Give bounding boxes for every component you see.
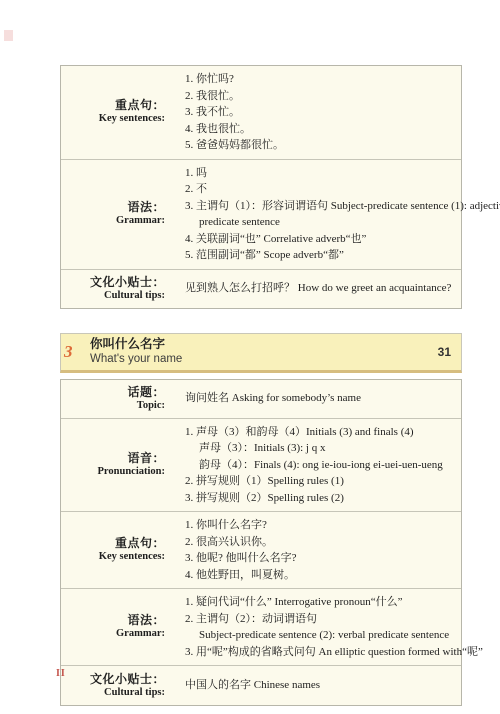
- content-line: 3. 拼写规则（2）Spelling rules (2): [185, 490, 457, 507]
- table-row-grammar: 语法： Grammar: 1. 吗 2. 不 3. 主谓句（1）：形容词谓语句 …: [61, 160, 461, 270]
- row-label-zh: 重点句：: [61, 98, 165, 112]
- content-line: 4. 关联副词“也” Correlative adverb“也”: [185, 231, 500, 248]
- content-line: Subject-predicate sentence (2): verbal p…: [185, 627, 483, 644]
- table-row-key-sentences: 重点句： Key sentences: 1. 你忙吗? 2. 我很忙。 3. 我…: [61, 66, 461, 160]
- content-line: 3. 用“呢”构成的省略式问句 An elliptic question for…: [185, 644, 483, 661]
- row-label-en: Grammar:: [61, 214, 165, 228]
- row-label: 文化小贴士： Cultural tips:: [61, 275, 173, 303]
- content-line: 见到熟人怎么打招呼？ How do we greet an acquaintan…: [185, 280, 457, 297]
- content-line: 2. 主谓句（2）：动词谓语句: [185, 611, 483, 628]
- row-label-zh: 语法：: [61, 200, 165, 214]
- content-line: predicate sentence: [185, 214, 500, 231]
- row-label-zh: 话题：: [61, 385, 165, 399]
- row-label: 文化小贴士： Cultural tips:: [61, 672, 173, 700]
- row-label-en: Pronunciation:: [61, 465, 165, 479]
- content-line: 1. 疑问代词“什么” Interrogative pronoun“什么”: [185, 594, 483, 611]
- table-row-grammar: 语法： Grammar: 1. 疑问代词“什么” Interrogative p…: [61, 589, 461, 666]
- row-label: 重点句： Key sentences:: [61, 536, 173, 564]
- footer-page-number: II: [56, 668, 66, 679]
- lesson-title-en: What's your name: [90, 352, 438, 367]
- lesson-header: 3 你叫什么名字 What's your name 31: [60, 333, 462, 373]
- row-label-en: Key sentences:: [61, 112, 165, 126]
- row-content: 1. 疑问代词“什么” Interrogative pronoun“什么” 2.…: [173, 594, 487, 660]
- content-line: 5. 范围副词“都” Scope adverb“都”: [185, 247, 500, 264]
- table-row-cultural-tips: 文化小贴士： Cultural tips: 见到熟人怎么打招呼？ How do …: [61, 270, 461, 308]
- content-line: 5. 爸爸妈妈都很忙。: [185, 137, 457, 154]
- row-label: 语法： Grammar:: [61, 200, 173, 228]
- content-line: 2. 我很忙。: [185, 88, 457, 105]
- content-line: 2. 拼写规则（1）Spelling rules (1): [185, 473, 457, 490]
- lesson-page-number: 31: [438, 345, 461, 359]
- content-line: 1. 你叫什么名字?: [185, 517, 457, 534]
- row-label-zh: 重点句：: [61, 536, 165, 550]
- row-content: 见到熟人怎么打招呼？ How do we greet an acquaintan…: [173, 280, 461, 297]
- content-line: 4. 他姓野田，叫夏树。: [185, 567, 457, 584]
- row-content: 询问姓名 Asking for somebody’s name: [173, 390, 461, 407]
- content-line: 3. 主谓句（1）：形容词谓语句 Subject-predicate sente…: [185, 198, 500, 215]
- row-label-en: Key sentences:: [61, 550, 165, 564]
- row-content: 1. 声母（3）和韵母（4）Initials (3) and finals (4…: [173, 424, 461, 507]
- row-label-en: Cultural tips:: [61, 686, 165, 700]
- content-line: 1. 吗: [185, 165, 500, 182]
- lesson-title: 你叫什么名字 What's your name: [90, 337, 438, 367]
- lesson-title-zh: 你叫什么名字: [90, 337, 438, 352]
- row-label: 语音： Pronunciation:: [61, 451, 173, 479]
- row-label-zh: 文化小贴士：: [61, 275, 165, 289]
- row-label: 话题： Topic:: [61, 385, 173, 413]
- row-label-en: Grammar:: [61, 627, 165, 641]
- lesson-number: 3: [61, 342, 90, 362]
- content-line: 3. 他呢? 他叫什么名字?: [185, 550, 457, 567]
- row-label-zh: 文化小贴士：: [61, 672, 165, 686]
- table-row-topic: 话题： Topic: 询问姓名 Asking for somebody’s na…: [61, 380, 461, 419]
- row-label-en: Cultural tips:: [61, 289, 165, 303]
- row-label-zh: 语音：: [61, 451, 165, 465]
- lesson-summary-table-1: 重点句： Key sentences: 1. 你忙吗? 2. 我很忙。 3. 我…: [60, 65, 462, 309]
- row-content: 1. 你叫什么名字? 2. 很高兴认识你。 3. 他呢? 他叫什么名字? 4. …: [173, 517, 461, 583]
- content-line: 2. 不: [185, 181, 500, 198]
- table-row-cultural-tips: 文化小贴士： Cultural tips: 中国人的名字 Chinese nam…: [61, 666, 461, 705]
- row-label: 重点句： Key sentences:: [61, 98, 173, 126]
- table-row-pronunciation: 语音： Pronunciation: 1. 声母（3）和韵母（4）Initial…: [61, 419, 461, 513]
- table-row-key-sentences: 重点句： Key sentences: 1. 你叫什么名字? 2. 很高兴认识你…: [61, 512, 461, 589]
- content-line: 1. 你忙吗?: [185, 71, 457, 88]
- content-line: 1. 声母（3）和韵母（4）Initials (3) and finals (4…: [185, 424, 457, 441]
- stray-scan-mark: [4, 30, 13, 41]
- row-label: 语法： Grammar:: [61, 613, 173, 641]
- page-content-column: 重点句： Key sentences: 1. 你忙吗? 2. 我很忙。 3. 我…: [60, 65, 462, 706]
- content-line: 声母（3）：Initials (3): j q x: [185, 440, 457, 457]
- content-line: 3. 我不忙。: [185, 104, 457, 121]
- row-content: 1. 你忙吗? 2. 我很忙。 3. 我不忙。 4. 我也很忙。 5. 爸爸妈妈…: [173, 71, 461, 154]
- lesson-summary-table-2: 话题： Topic: 询问姓名 Asking for somebody’s na…: [60, 379, 462, 707]
- row-content: 中国人的名字 Chinese names: [173, 677, 461, 694]
- content-line: 4. 我也很忙。: [185, 121, 457, 138]
- row-label-en: Topic:: [61, 399, 165, 413]
- content-line: 韵母（4）：Finals (4): ong ie-iou-iong ei-uei…: [185, 457, 457, 474]
- row-label-zh: 语法：: [61, 613, 165, 627]
- row-content: 1. 吗 2. 不 3. 主谓句（1）：形容词谓语句 Subject-predi…: [173, 165, 500, 264]
- content-line: 询问姓名 Asking for somebody’s name: [185, 390, 457, 407]
- content-line: 中国人的名字 Chinese names: [185, 677, 457, 694]
- content-line: 2. 很高兴认识你。: [185, 534, 457, 551]
